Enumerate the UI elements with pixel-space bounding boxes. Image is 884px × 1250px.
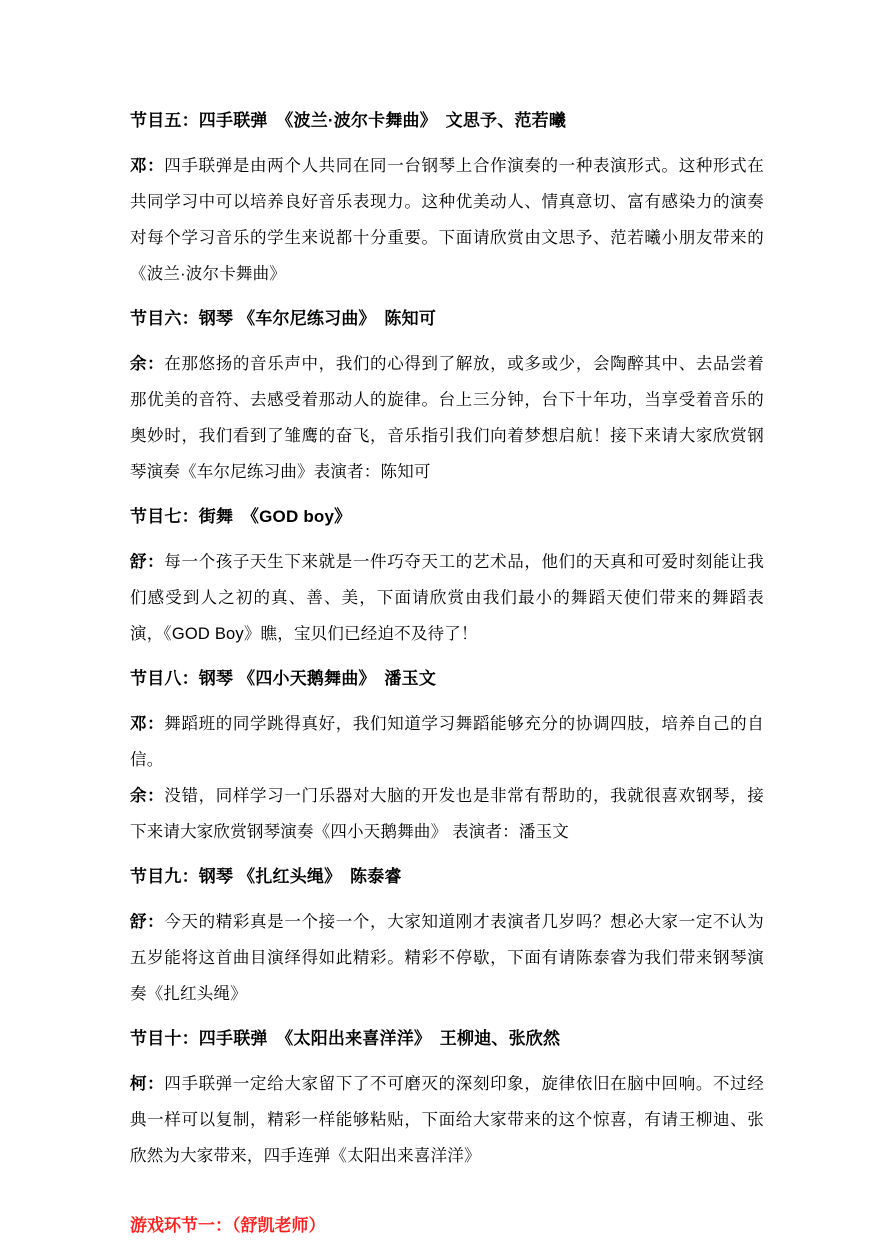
speaker-name: 舒： xyxy=(130,553,164,571)
dialogue-paragraph: 邓：四手联弹是由两个人共同在同一台钢琴上合作演奏的一种表演形式。这种形式在共同学… xyxy=(130,148,764,292)
speaker-name: 邓： xyxy=(130,157,164,175)
dialogue-paragraph: 舒：每一个孩子天生下来就是一件巧夺天工的艺术品，他们的天真和可爱时刻能让我们感受… xyxy=(130,544,764,652)
dialogue-text: 舞蹈班的同学跳得真好，我们知道学习舞蹈能够充分的协调四肢，培养自己的自信。 xyxy=(130,715,764,769)
speaker-name: 邓： xyxy=(130,715,164,733)
program-heading: 节目七：街舞 《GOD boy》 xyxy=(130,499,764,535)
dialogue-text: 在那悠扬的音乐声中，我们的心得到了解放，或多或少，会陶醉其中、去品尝着那优美的音… xyxy=(130,355,764,481)
speaker-name: 柯： xyxy=(130,1075,164,1093)
program-heading: 节目九：钢琴 《扎红头绳》 陈泰睿 xyxy=(130,859,764,895)
speaker-name: 余： xyxy=(130,355,164,373)
dialogue-paragraph: 余：在那悠扬的音乐声中，我们的心得到了解放，或多或少，会陶醉其中、去品尝着那优美… xyxy=(130,346,764,490)
program-section-8: 节目八：钢琴 《四小天鹅舞曲》 潘玉文 邓：舞蹈班的同学跳得真好，我们知道学习舞… xyxy=(130,661,764,850)
program-section-9: 节目九：钢琴 《扎红头绳》 陈泰睿 舒：今天的精彩真是一个接一个，大家知道刚才表… xyxy=(130,859,764,1012)
program-section-7: 节目七：街舞 《GOD boy》 舒：每一个孩子天生下来就是一件巧夺天工的艺术品… xyxy=(130,499,764,652)
dialogue-text: 四手联弹是由两个人共同在同一台钢琴上合作演奏的一种表演形式。这种形式在共同学习中… xyxy=(130,157,764,283)
dialogue-text: 每一个孩子天生下来就是一件巧夺天工的艺术品，他们的天真和可爱时刻能让我们感受到人… xyxy=(130,553,764,643)
program-section-10: 节目十：四手联弹 《太阳出来喜洋洋》 王柳迪、张欣然 柯：四手联弹一定给大家留下… xyxy=(130,1021,764,1174)
game-section-heading: 游戏环节一：（舒凯老师） xyxy=(130,1208,764,1244)
program-heading: 节目六：钢琴 《车尔尼练习曲》 陈知可 xyxy=(130,301,764,337)
dialogue-text: 没错，同样学习一门乐器对大脑的开发也是非常有帮助的，我就很喜欢钢琴，接下来请大家… xyxy=(130,787,764,841)
program-heading: 节目十：四手联弹 《太阳出来喜洋洋》 王柳迪、张欣然 xyxy=(130,1021,764,1057)
dialogue-paragraph: 余：没错，同样学习一门乐器对大脑的开发也是非常有帮助的，我就很喜欢钢琴，接下来请… xyxy=(130,778,764,850)
program-section-6: 节目六：钢琴 《车尔尼练习曲》 陈知可 余：在那悠扬的音乐声中，我们的心得到了解… xyxy=(130,301,764,490)
dialogue-paragraph: 邓：舞蹈班的同学跳得真好，我们知道学习舞蹈能够充分的协调四肢，培养自己的自信。 xyxy=(130,706,764,778)
dialogue-paragraph: 柯：四手联弹一定给大家留下了不可磨灭的深刻印象，旋律依旧在脑中回响。不过经典一样… xyxy=(130,1066,764,1174)
program-section-5: 节目五：四手联弹 《波兰·波尔卡舞曲》 文思予、范若曦 邓：四手联弹是由两个人共… xyxy=(130,103,764,292)
program-heading: 节目八：钢琴 《四小天鹅舞曲》 潘玉文 xyxy=(130,661,764,697)
dialogue-text: 今天的精彩真是一个接一个，大家知道刚才表演者几岁吗？想必大家一定不认为五岁能将这… xyxy=(130,913,764,1003)
dialogue-paragraph: 舒：今天的精彩真是一个接一个，大家知道刚才表演者几岁吗？想必大家一定不认为五岁能… xyxy=(130,904,764,1012)
speaker-name: 舒： xyxy=(130,913,164,931)
program-heading: 节目五：四手联弹 《波兰·波尔卡舞曲》 文思予、范若曦 xyxy=(130,103,764,139)
document-page: 节目五：四手联弹 《波兰·波尔卡舞曲》 文思予、范若曦 邓：四手联弹是由两个人共… xyxy=(0,0,884,1250)
speaker-name: 余： xyxy=(130,787,164,805)
dialogue-text: 四手联弹一定给大家留下了不可磨灭的深刻印象，旋律依旧在脑中回响。不过经典一样可以… xyxy=(130,1075,764,1165)
